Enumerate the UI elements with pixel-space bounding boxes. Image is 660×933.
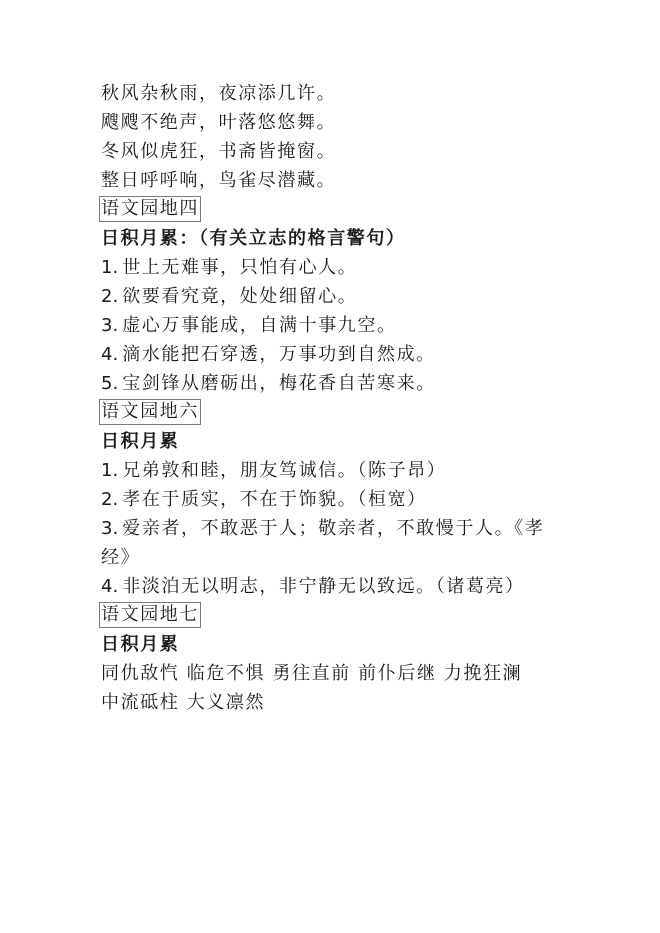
section-yuwen-yuandi-7: 语文园地七 日积月累 同仇敌忾 临危不惧 勇往直前 前仆后继 力挽狂澜 中流砥柱… (101, 601, 581, 717)
item-text: 爱亲者，不敢恶于人；敬亲者，不敢慢于人。《孝经》 (101, 518, 544, 568)
list-item: 3.虚心万事能成，自满十事九空。 (101, 311, 581, 340)
list-item: 5.宝剑锋从磨砺出，梅花香自苦寒来。 (101, 369, 581, 398)
list-item: 1.兄弟敦和睦，朋友笃诚信。（陈子昂） (101, 456, 581, 485)
item-number: 5. (101, 373, 118, 394)
item-number: 3. (101, 315, 118, 336)
section-subtitle: 日积月累 (101, 427, 581, 456)
poem-line: 整日呼呼响，鸟雀尽潜藏。 (101, 166, 581, 195)
section-yuwen-yuandi-4: 语文园地四 日积月累：（有关立志的格言警句） 1.世上无难事，只怕有心人。 2.… (101, 195, 581, 398)
list-item: 1.世上无难事，只怕有心人。 (101, 253, 581, 282)
document-page: 秋风杂秋雨，夜凉添几许。 飕飕不绝声，叶落悠悠舞。 冬风似虎狂，书斋皆掩窗。 整… (101, 79, 581, 717)
poem-block: 秋风杂秋雨，夜凉添几许。 飕飕不绝声，叶落悠悠舞。 冬风似虎狂，书斋皆掩窗。 整… (101, 79, 581, 195)
item-number: 1. (101, 257, 118, 278)
section-title-box: 语文园地四 (99, 196, 201, 222)
poem-line: 秋风杂秋雨，夜凉添几许。 (101, 79, 581, 108)
list-item: 4.滴水能把石穿透，万事功到自然成。 (101, 340, 581, 369)
item-number: 4. (101, 344, 118, 365)
list-item: 3.爱亲者，不敢恶于人；敬亲者，不敢慢于人。《孝经》 (101, 514, 571, 572)
list-item: 4.非淡泊无以明志，非宁静无以致远。（诸葛亮） (101, 572, 581, 601)
list-item: 2.孝在于质实，不在于饰貌。（桓宽） (101, 485, 581, 514)
idioms-line: 同仇敌忾 临危不惧 勇往直前 前仆后继 力挽狂澜 (101, 659, 581, 688)
item-text: 兄弟敦和睦，朋友笃诚信。（陈子昂） (122, 460, 446, 481)
section-subtitle: 日积月累 (101, 630, 581, 659)
item-text: 孝在于质实，不在于饰貌。（桓宽） (122, 489, 427, 510)
poem-line: 冬风似虎狂，书斋皆掩窗。 (101, 137, 581, 166)
item-text: 滴水能把石穿透，万事功到自然成。 (122, 344, 436, 365)
item-number: 3. (101, 518, 118, 539)
poem-line: 飕飕不绝声，叶落悠悠舞。 (101, 108, 581, 137)
item-number: 1. (101, 460, 118, 481)
item-text: 世上无难事，只怕有心人。 (122, 257, 357, 278)
item-number: 2. (101, 489, 118, 510)
section-title-box: 语文园地六 (99, 399, 201, 425)
section-title-box: 语文园地七 (99, 602, 201, 628)
item-text: 欲要看究竟，处处细留心。 (122, 286, 357, 307)
idioms-line: 中流砥柱 大义凛然 (101, 688, 581, 717)
section-yuwen-yuandi-6: 语文园地六 日积月累 1.兄弟敦和睦，朋友笃诚信。（陈子昂） 2.孝在于质实，不… (101, 398, 581, 601)
item-text: 非淡泊无以明志，非宁静无以致远。（诸葛亮） (122, 576, 525, 597)
item-number: 2. (101, 286, 118, 307)
item-number: 4. (101, 576, 118, 597)
item-text: 虚心万事能成，自满十事九空。 (122, 315, 396, 336)
list-item: 2.欲要看究竟，处处细留心。 (101, 282, 581, 311)
item-text: 宝剑锋从磨砺出，梅花香自苦寒来。 (122, 373, 436, 394)
section-subtitle: 日积月累：（有关立志的格言警句） (101, 224, 581, 253)
